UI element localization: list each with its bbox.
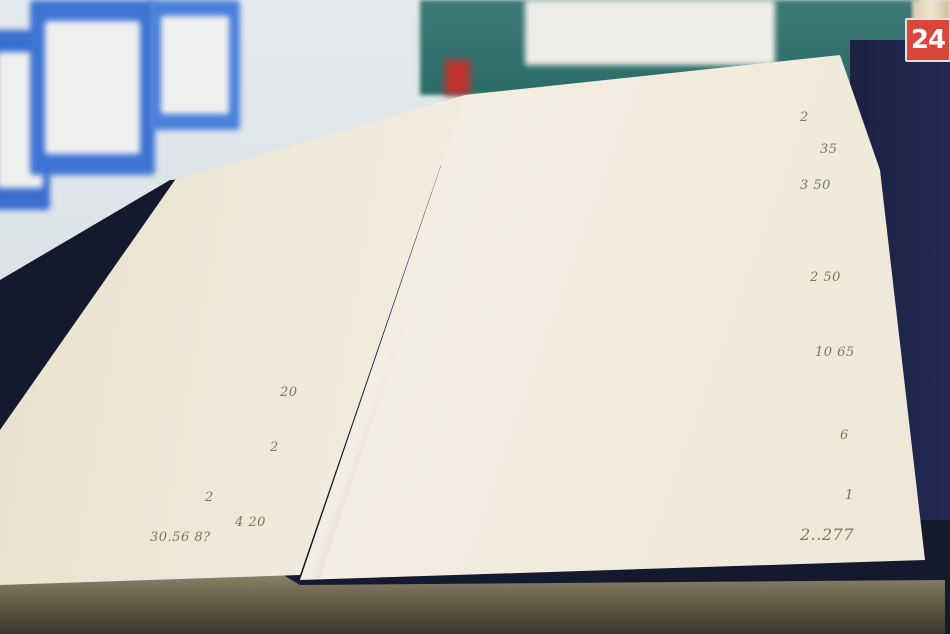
ledger-number: 1 bbox=[845, 488, 854, 503]
red-object bbox=[445, 60, 470, 95]
ledger-number: 4 20 bbox=[235, 515, 266, 530]
ledger-number: 2 bbox=[205, 490, 214, 505]
ledger-number: 10 65 bbox=[815, 345, 855, 360]
ledger-number: 35 bbox=[820, 142, 838, 157]
ledger-number: 6 bbox=[840, 428, 849, 443]
ledger-number: 2 50 bbox=[810, 270, 841, 285]
ledger-number: 3 50 bbox=[800, 178, 831, 193]
blurred-poster bbox=[30, 0, 155, 175]
ledger-number: 30.56 8? bbox=[150, 530, 211, 545]
ledger-number: 2 bbox=[270, 440, 279, 455]
ledger-number: 20 bbox=[280, 385, 298, 400]
background-document bbox=[525, 0, 775, 65]
ledger-number: 2..277 bbox=[800, 525, 854, 544]
photo-scene: 2 20 2 4 20 30.56 8? 2 35 3 50 2 50 10 6… bbox=[0, 0, 950, 634]
watermark-logo: 24 bbox=[905, 18, 950, 62]
ledger-number: 2 bbox=[800, 110, 809, 125]
blurred-poster bbox=[150, 0, 240, 130]
